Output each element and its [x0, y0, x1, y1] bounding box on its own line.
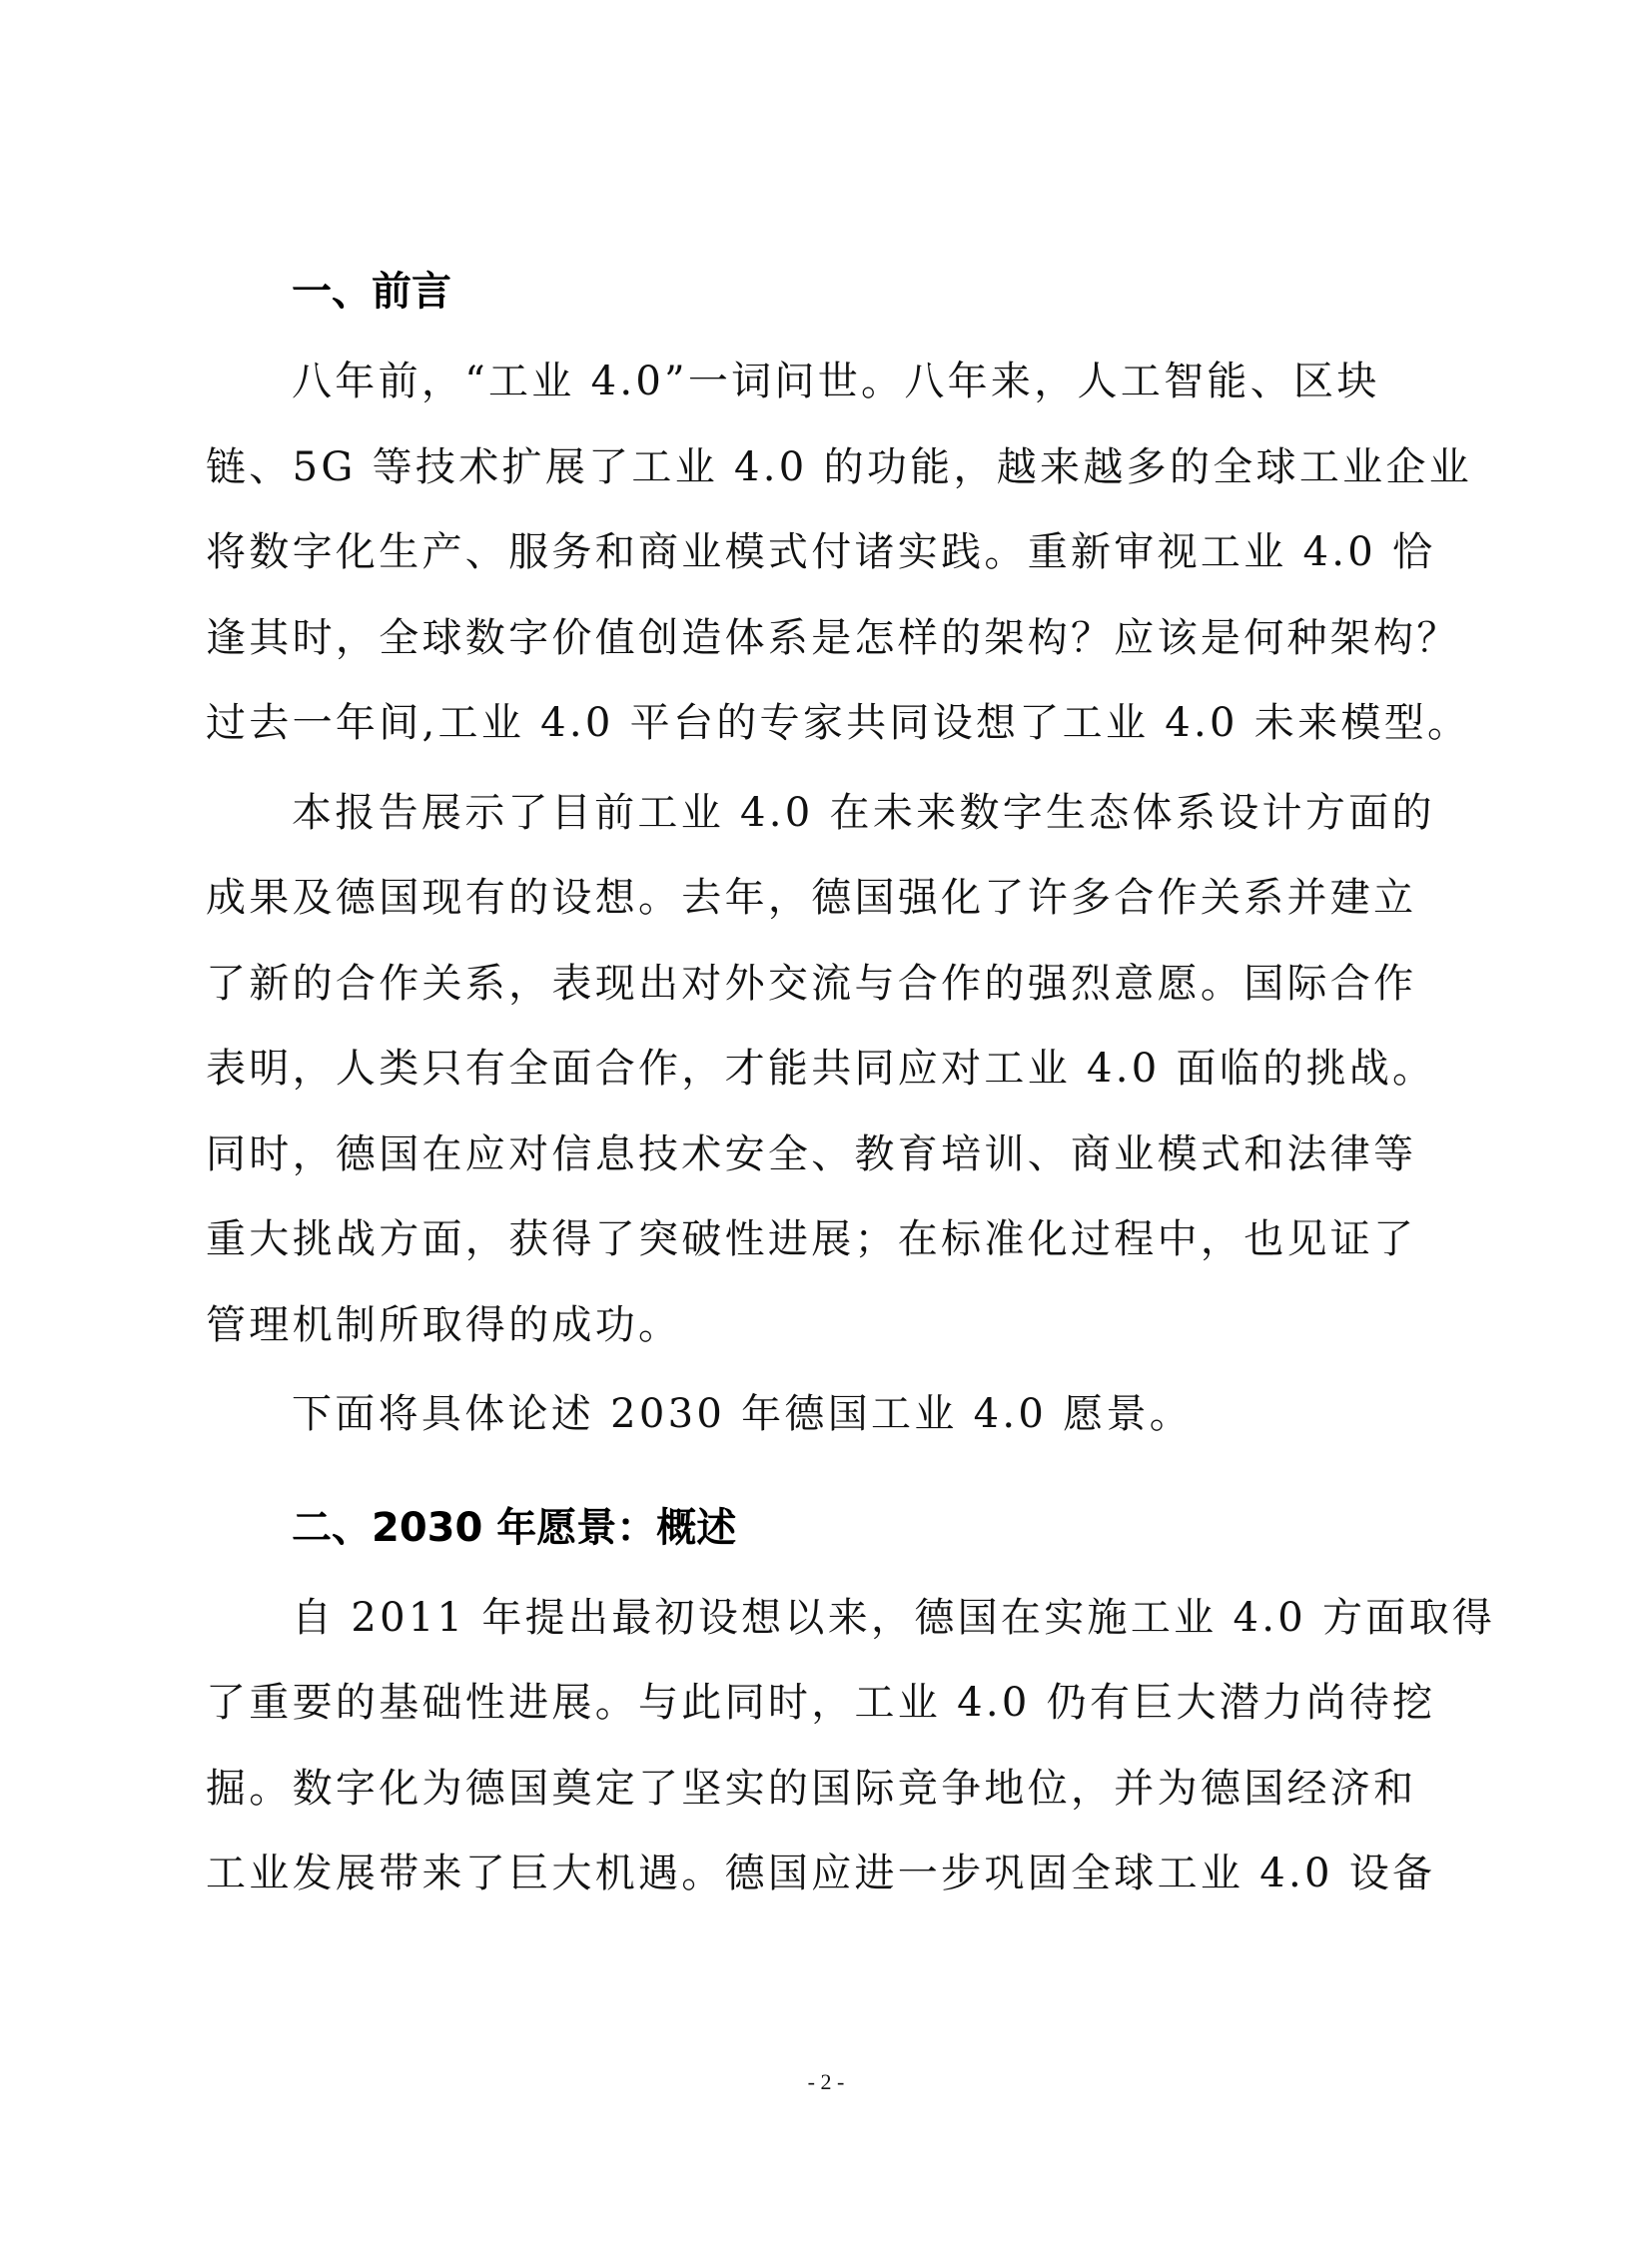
paragraph: 下面将具体论述 2030 年德国工业 4.0 愿景。: [206, 1372, 1444, 1458]
text-line: 八年前，“工业 4.0”一词问世。八年来，人工智能、区块: [206, 340, 1444, 425]
text-line: 同时，德国在应对信息技术安全、教育培训、商业模式和法律等: [206, 1113, 1444, 1198]
text-line: 链、5G 等技术扩展了工业 4.0 的功能，越来越多的全球工业企业: [206, 425, 1444, 511]
section-vision-2030: 二、2030 年愿景：概述: [206, 1498, 1444, 1558]
text-line: 下面将具体论述 2030 年德国工业 4.0 愿景。: [206, 1372, 1444, 1458]
document-page: 一、前言 八年前，“工业 4.0”一词问世。八年来，人工智能、区块 链、5G 等…: [0, 0, 1652, 2242]
text-line: 掘。数字化为德国奠定了坚实的国际竞争地位，并为德国经济和: [206, 1747, 1444, 1833]
section-heading: 一、前言: [206, 262, 1444, 322]
page-content: 一、前言 八年前，“工业 4.0”一词问世。八年来，人工智能、区块 链、5G 等…: [206, 262, 1444, 1917]
text-line: 了新的合作关系，表现出对外交流与合作的强烈意愿。国际合作: [206, 942, 1444, 1028]
text-line: 逢其时，全球数字价值创造体系是怎样的架构？应该是何种架构？: [206, 596, 1444, 682]
text-line: 管理机制所取得的成功。: [206, 1283, 1444, 1369]
text-line: 重大挑战方面，获得了突破性进展；在标准化过程中，也见证了: [206, 1197, 1444, 1283]
text-line: 了重要的基础性进展。与此同时，工业 4.0 仍有巨大潜力尚待挖: [206, 1661, 1444, 1747]
text-line: 自 2011 年提出最初设想以来，德国在实施工业 4.0 方面取得: [206, 1576, 1444, 1662]
section-heading: 二、2030 年愿景：概述: [206, 1498, 1444, 1558]
page-number: - 2 -: [0, 2069, 1652, 2095]
text-line: 将数字化生产、服务和商业模式付诸实践。重新审视工业 4.0 恰: [206, 510, 1444, 596]
text-line: 表明，人类只有全面合作，才能共同应对工业 4.0 面临的挑战。: [206, 1027, 1444, 1113]
text-line: 工业发展带来了巨大机遇。德国应进一步巩固全球工业 4.0 设备: [206, 1832, 1444, 1917]
text-line: 本报告展示了目前工业 4.0 在未来数字生态体系设计方面的: [206, 771, 1444, 857]
section-preface: 一、前言: [206, 262, 1444, 322]
paragraph: 本报告展示了目前工业 4.0 在未来数字生态体系设计方面的 成果及德国现有的设想…: [206, 771, 1444, 1369]
text-line: 成果及德国现有的设想。去年，德国强化了许多合作关系并建立: [206, 856, 1444, 942]
text-line: 过去一年间,工业 4.0 平台的专家共同设想了工业 4.0 未来模型。: [206, 681, 1444, 767]
paragraph: 自 2011 年提出最初设想以来，德国在实施工业 4.0 方面取得 了重要的基础…: [206, 1576, 1444, 1917]
paragraph: 八年前，“工业 4.0”一词问世。八年来，人工智能、区块 链、5G 等技术扩展了…: [206, 340, 1444, 767]
